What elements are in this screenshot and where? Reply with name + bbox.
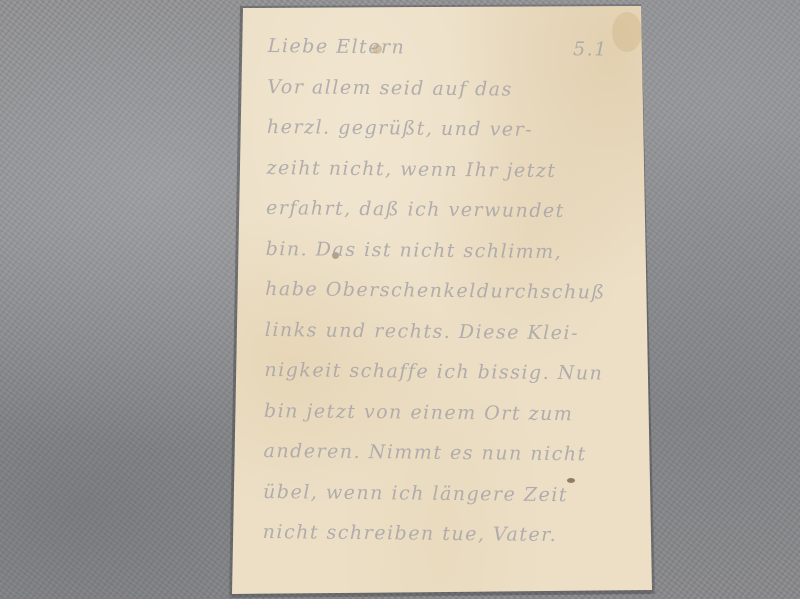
letter-line: bin jetzt von einem Ort zum [264, 390, 634, 434]
letter-line: nigkeit schaffe ich bissig. Nun [264, 350, 634, 394]
letter-line: nicht schreiben tue, Vater. [262, 512, 632, 556]
letter-line: bin. Das ist nicht schlimm, [265, 228, 635, 272]
letter-line: links und rechts. Diese Klei- [265, 309, 635, 353]
date: 5.1 [573, 29, 608, 70]
letter-line: erfahrt, daß ich verwundet [266, 188, 636, 232]
salutation-line: Liebe Eltern 5.1 [268, 26, 638, 70]
postcard: Liebe Eltern 5.1 Vor allem seid auf das … [232, 6, 652, 596]
letter-line: Vor allem seid auf das [267, 66, 637, 110]
letter-line: übel, wenn ich längere Zeit [263, 471, 633, 515]
letter-line: anderen. Nimmt es nun nicht [263, 431, 633, 475]
letter-line: zeiht nicht, wenn Ihr jetzt [266, 147, 636, 191]
letter-line: habe Oberschenkeldurchschuß [265, 269, 635, 313]
salutation: Liebe Eltern [268, 35, 406, 58]
letter-line: herzl. gegrüßt, und ver- [267, 107, 637, 151]
handwritten-text: Liebe Eltern 5.1 Vor allem seid auf das … [262, 26, 637, 556]
